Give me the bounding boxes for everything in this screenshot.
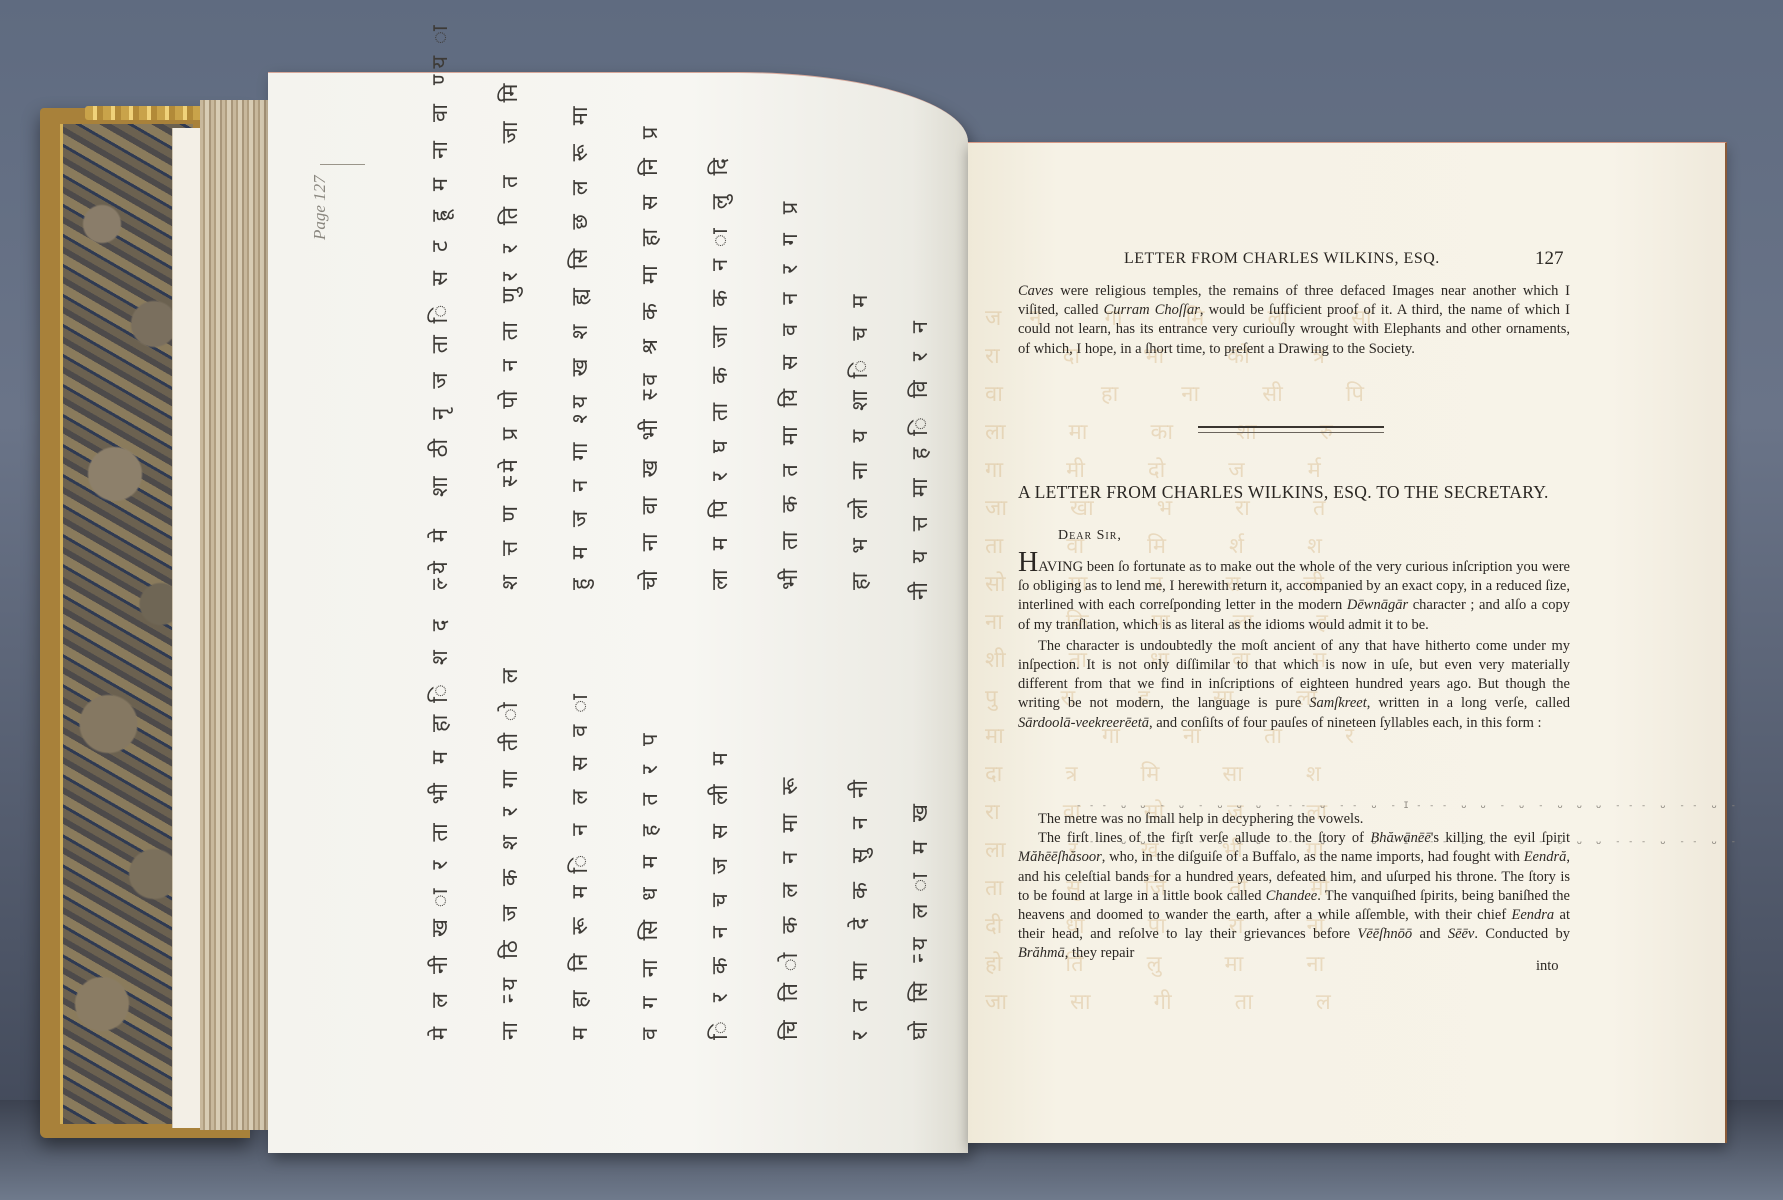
page-number: 127 bbox=[1535, 248, 1564, 270]
small-caps-run: AVING bbox=[1038, 559, 1083, 575]
script-column: र त मा दे क सु न नी bbox=[848, 620, 900, 1040]
script-column: ला म पि र घ ता क जा क न ा लु दि bbox=[708, 170, 760, 590]
text-run: , written in a long verſe, called bbox=[1367, 695, 1570, 711]
continuation-paragraph: Caves were religious temples, the remain… bbox=[1018, 282, 1570, 359]
letter-body: HAVING been ſo fortunate as to make out … bbox=[1018, 553, 1570, 733]
salutation: Dear Sir, bbox=[1058, 528, 1122, 544]
script-column: ल्ये मे शा ठी नृ ज ता ि स ट ह्रू म ना वा… bbox=[428, 170, 480, 590]
italic-term: Sārdoolā-veekreerēetā bbox=[1018, 715, 1149, 731]
paragraph-3: The metre was no ſmall help in decypheri… bbox=[1018, 810, 1570, 829]
script-column: श त्त ण स्मे प्र पो न ता णुर र ति त जा म… bbox=[498, 170, 550, 590]
script-column: घो सि न्य ल ा म ख bbox=[908, 620, 960, 1040]
italic-term: Sēēv bbox=[1448, 926, 1475, 942]
italic-term: Caves bbox=[1018, 283, 1053, 299]
italic-term: Curram Choſſar bbox=[1104, 302, 1200, 318]
italic-term: Dēwnāgār bbox=[1347, 597, 1408, 613]
script-column: भी ता क त मा यि स व न र ग प्र bbox=[778, 170, 830, 590]
italic-term: Vēēſhnōō bbox=[1357, 926, 1412, 942]
script-column: म हा नि रू म ि न ल स व ा bbox=[568, 620, 620, 1040]
italic-term: Măhēēſhăsoor bbox=[1018, 849, 1102, 865]
script-column: चि ति ो क ल न मा रू bbox=[778, 620, 830, 1040]
plate-page-label: Page 127 bbox=[310, 175, 330, 240]
paragraph-4: The firſt lines of the firſt verſe allud… bbox=[1018, 829, 1570, 963]
script-column: हा भ लो ना य शा ि च म bbox=[848, 170, 900, 590]
section-rule bbox=[1198, 426, 1384, 433]
catchword: into bbox=[1536, 958, 1559, 975]
paragraph-1: HAVING been ſo fortunate as to make out … bbox=[1018, 553, 1570, 635]
text-run: The firſt lines of the firſt verſe allud… bbox=[1038, 830, 1370, 846]
script-column: हु म ज न गा श्य ख श ह्य सि छ ल रू मा bbox=[568, 170, 620, 590]
script-column: व ग ना सि ध म ह त र प bbox=[638, 620, 690, 1040]
text-run: 's killing the evil ſpirit bbox=[1431, 830, 1570, 846]
letter-body-continued: The metre was no ſmall help in decypheri… bbox=[1018, 810, 1570, 964]
paragraph-2: The character is undoubtedly the moſt an… bbox=[1018, 637, 1570, 733]
running-head: LETTER FROM CHARLES WILKINS, ESQ. bbox=[1124, 250, 1440, 268]
text-run: , and conſiſts of four pauſes of ninetee… bbox=[1149, 715, 1542, 731]
script-column: ना न्य ठि ज क श र गा ती ो ल bbox=[498, 620, 550, 1040]
text-run: and bbox=[1412, 926, 1448, 942]
italic-term: Brăhmā bbox=[1018, 945, 1065, 961]
plate-top-rule bbox=[320, 164, 365, 165]
italic-term: Chandee bbox=[1266, 888, 1318, 904]
script-column: ि र क न च ज स ली म bbox=[708, 620, 760, 1040]
italic-term: Samſkreet bbox=[1309, 695, 1366, 711]
script-column: चो ना वा ख भी स्व श्र क मा हा स नि प्र bbox=[638, 170, 690, 590]
drop-cap: H bbox=[1018, 547, 1038, 578]
italic-term: Eendra bbox=[1512, 907, 1555, 923]
text-run: , they repair bbox=[1065, 945, 1135, 961]
page-block-edge bbox=[200, 100, 270, 1130]
text-run: . Conducted by bbox=[1474, 926, 1570, 942]
letter-title: A LETTER FROM CHARLES WILKINS, ESQ. TO T… bbox=[1018, 482, 1578, 503]
italic-term: Bhăwānēē bbox=[1370, 830, 1430, 846]
devanagari-inscription: ल्ये मे शा ठी नृ ज ता ि स ट ह्रू म ना वा… bbox=[428, 170, 988, 1050]
script-column: मे ल नी ख ा र ता भी म हा ि श द bbox=[428, 620, 480, 1040]
script-column: नी य त्त मा ह ि वि र न bbox=[908, 230, 960, 600]
text-run: , who, in the diſguiſe of a Buffalo, as … bbox=[1102, 849, 1524, 865]
italic-term: Eendră bbox=[1524, 849, 1567, 865]
